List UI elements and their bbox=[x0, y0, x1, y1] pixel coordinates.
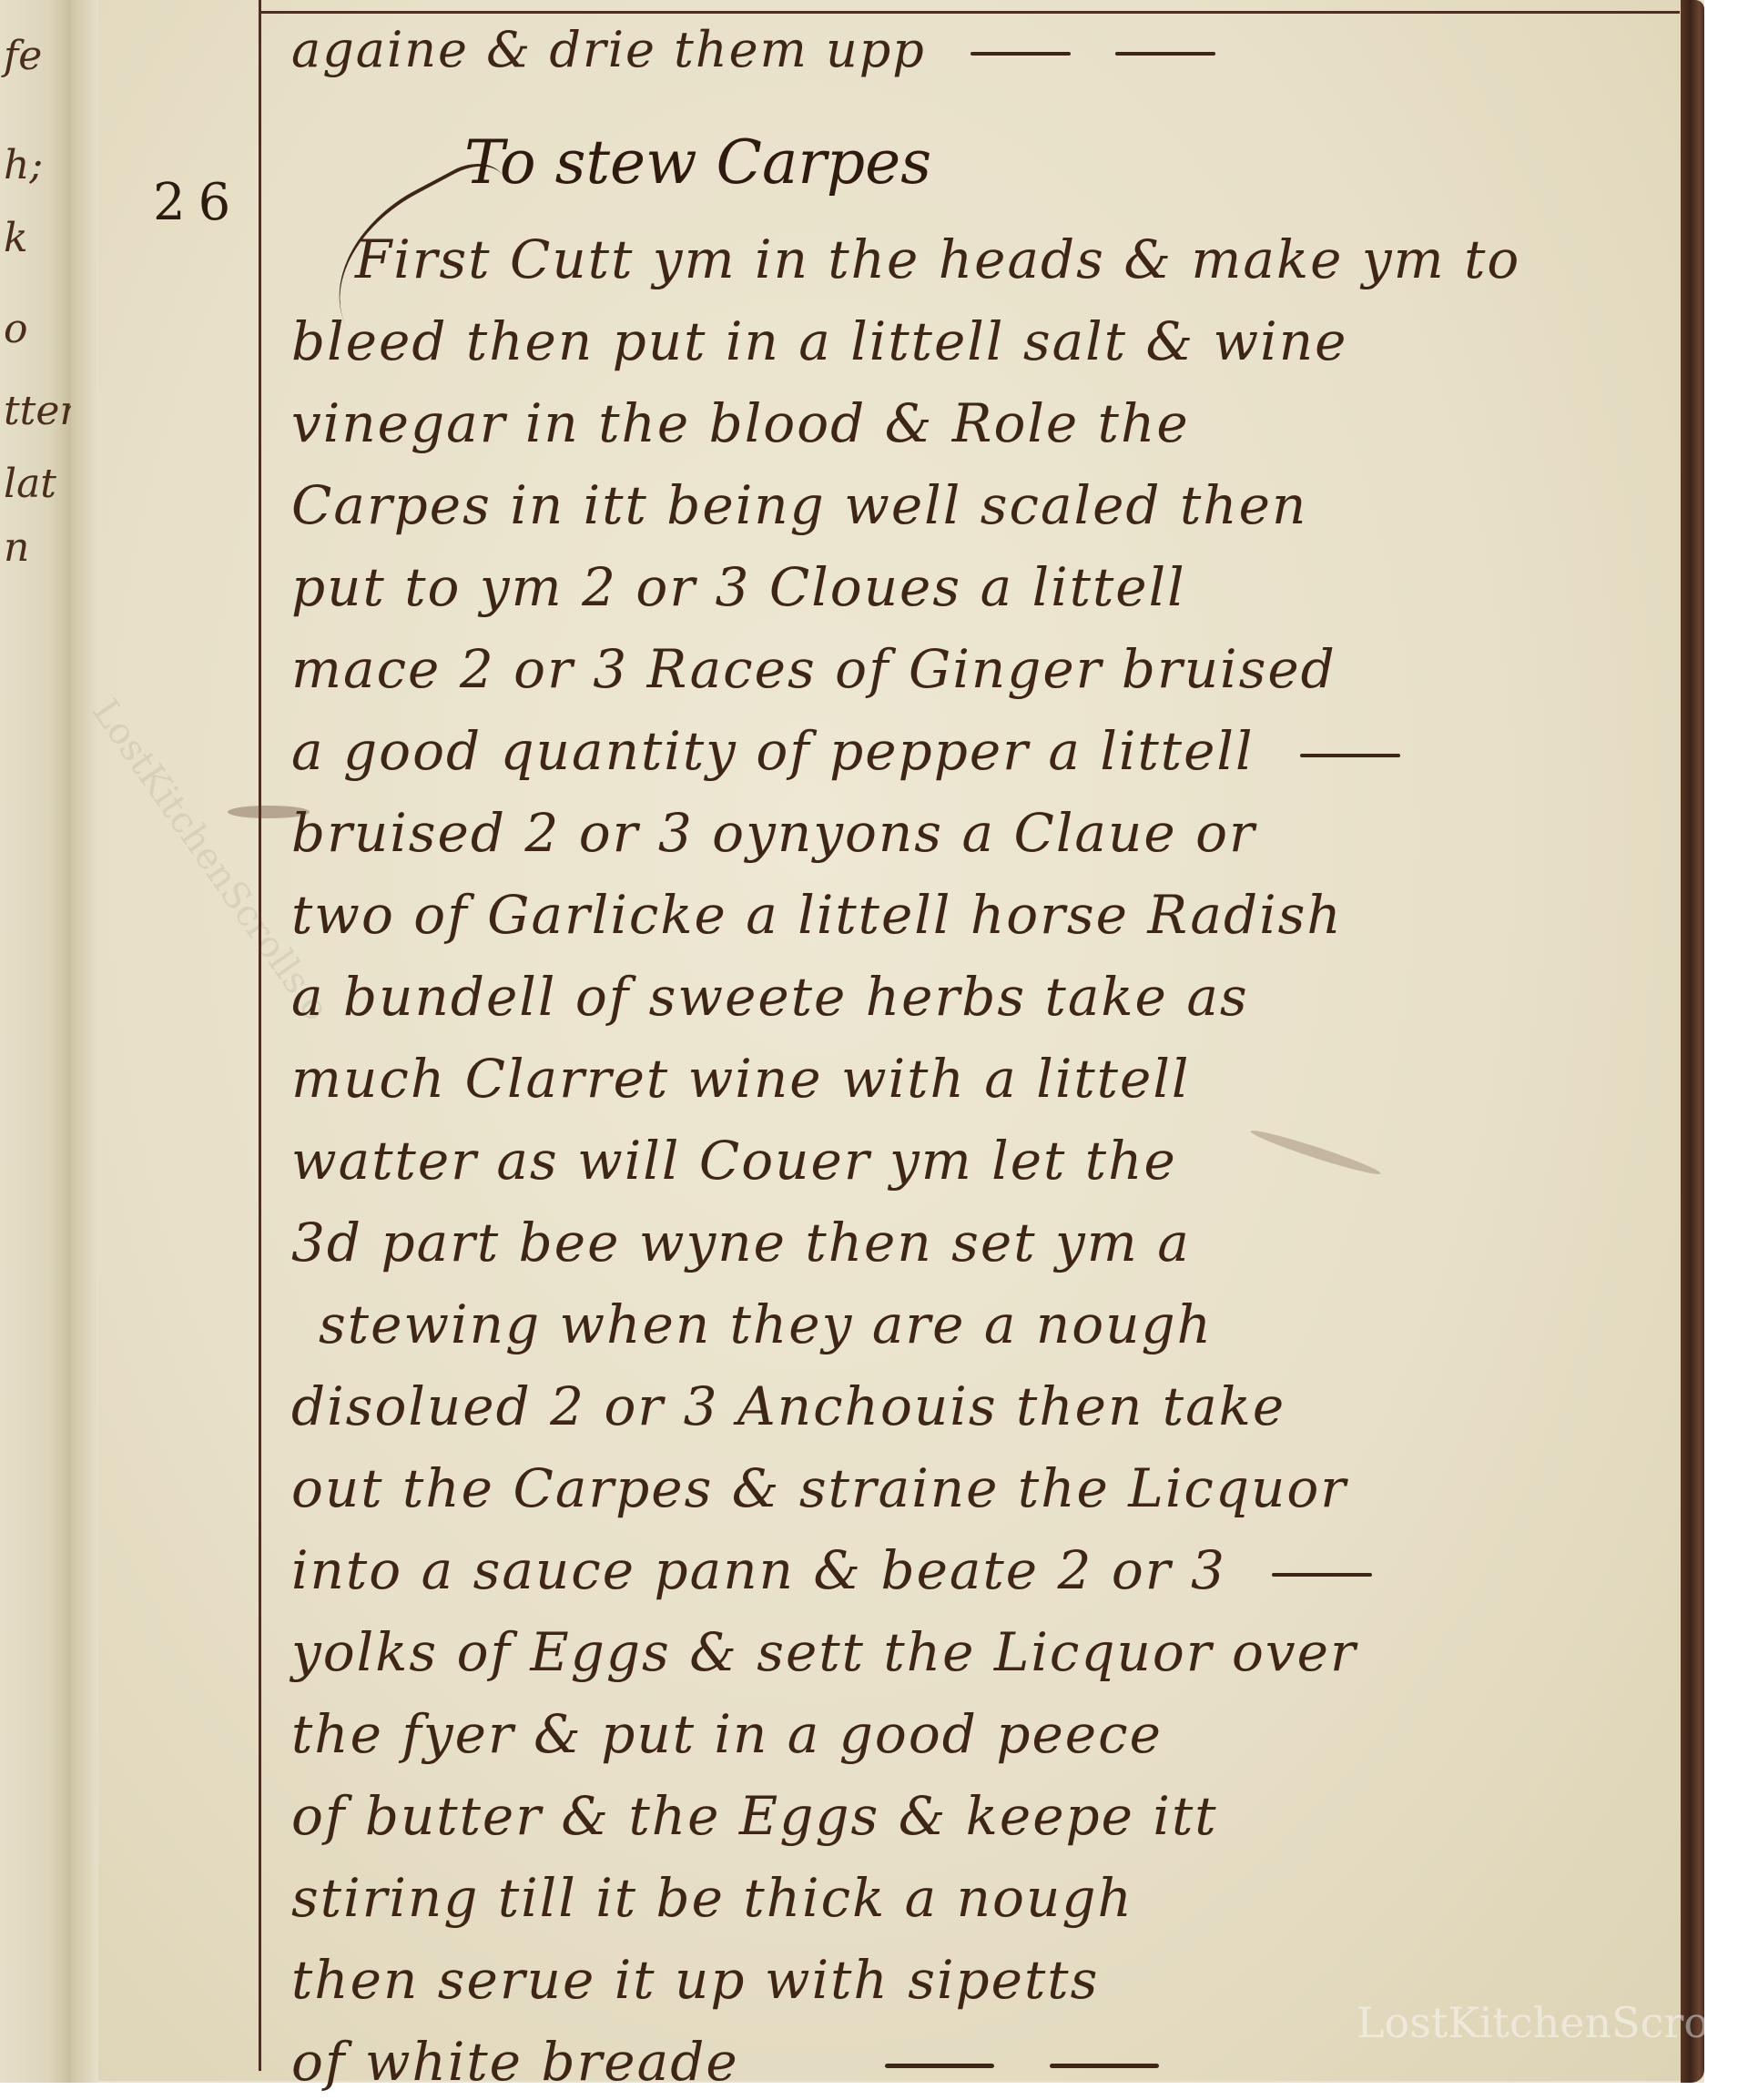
line-filler-dash bbox=[1272, 1573, 1372, 1577]
top-ruled-line bbox=[259, 11, 1680, 14]
line-filler-dash bbox=[1115, 52, 1215, 56]
left-page-fragment: o bbox=[4, 309, 28, 350]
recipe-line: the fyer & put in a good peece bbox=[291, 1693, 1675, 1775]
recipe-line: put to ym 2 or 3 Cloues a littell bbox=[291, 546, 1675, 628]
recipe-line: bruised 2 or 3 oynyons a Claue or bbox=[291, 792, 1675, 874]
book-gutter bbox=[71, 0, 98, 2083]
recipe-line: much Clarret wine with a littell bbox=[291, 1038, 1675, 1120]
recipe-line: disolued 2 or 3 Anchouis then take bbox=[291, 1365, 1675, 1447]
recipe-line: of butter & the Eggs & keepe itt bbox=[291, 1775, 1675, 1857]
left-page-fragment: h; bbox=[4, 146, 43, 186]
recipe-line: a bundell of sweete herbs take as bbox=[291, 956, 1675, 1038]
recipe-line: two of Garlicke a littell horse Radish bbox=[291, 874, 1675, 956]
left-page-fragment: tter bbox=[4, 391, 73, 431]
recipe-line-text: a good quantity of pepper a littell bbox=[291, 720, 1255, 782]
left-page-fragment: fe bbox=[4, 36, 42, 76]
carry-over-text: againe & drie them upp bbox=[291, 21, 926, 78]
end-flourish-dash bbox=[1050, 2064, 1159, 2068]
recipe-line: into a sauce pann & beate 2 or 3 bbox=[291, 1529, 1675, 1611]
end-flourish-dash bbox=[885, 2064, 994, 2068]
recipe-line: out the Carpes & straine the Licquor bbox=[291, 1447, 1675, 1529]
margin-ruled-line bbox=[259, 0, 261, 2071]
recipe-line-text: into a sauce pann & beate 2 or 3 bbox=[291, 1539, 1226, 1601]
watermark-bottom: LostKitchenScrolls.o bbox=[1357, 1998, 1748, 2047]
left-page-fragment: k bbox=[4, 218, 28, 259]
recipe-line: Carpes in itt being well scaled then bbox=[291, 464, 1675, 546]
line-filler-dash bbox=[1300, 754, 1400, 757]
recipe-line: yolks of Eggs & sett the Licquor over bbox=[291, 1611, 1675, 1693]
recipe-line: a good quantity of pepper a littell bbox=[291, 710, 1675, 792]
recipe-line: stiring till it be thick a nough bbox=[291, 1857, 1675, 1939]
left-page-fragment: lat bbox=[4, 464, 56, 504]
recipe-line: watter as will Couer ym let the bbox=[291, 1120, 1675, 1202]
recipe-line: 3d part bee wyne then set ym a bbox=[291, 1202, 1675, 1283]
recipe-title: To stew Carpes bbox=[464, 127, 931, 198]
left-page-fragment: n bbox=[4, 528, 29, 568]
carry-over-line: againe & drie them upp bbox=[291, 18, 1675, 82]
book-spread: fe h; k o tter lat n LostKitchenScrolls.… bbox=[0, 0, 1704, 2083]
folio-number: 26 bbox=[153, 173, 243, 232]
line-filler-dash bbox=[971, 52, 1071, 56]
recipe-line: vinegar in the blood & Role the bbox=[291, 382, 1675, 464]
leather-binding-edge bbox=[1681, 0, 1704, 2083]
recipe-text-block: againe & drie them upp To stew Carpes Fi… bbox=[291, 18, 1675, 2100]
left-page-edge: fe h; k o tter lat n bbox=[0, 0, 73, 2083]
recipe-line-text: of white breade bbox=[291, 2031, 739, 2093]
recipe-line: stewing when they are a nough bbox=[291, 1283, 1675, 1365]
recipe-line: mace 2 or 3 Races of Ginger bruised bbox=[291, 628, 1675, 710]
recipe-line-text: disolued 2 or 3 Anchouis then take bbox=[291, 1375, 1286, 1437]
recipe-heading: To stew Carpes bbox=[291, 82, 1675, 218]
